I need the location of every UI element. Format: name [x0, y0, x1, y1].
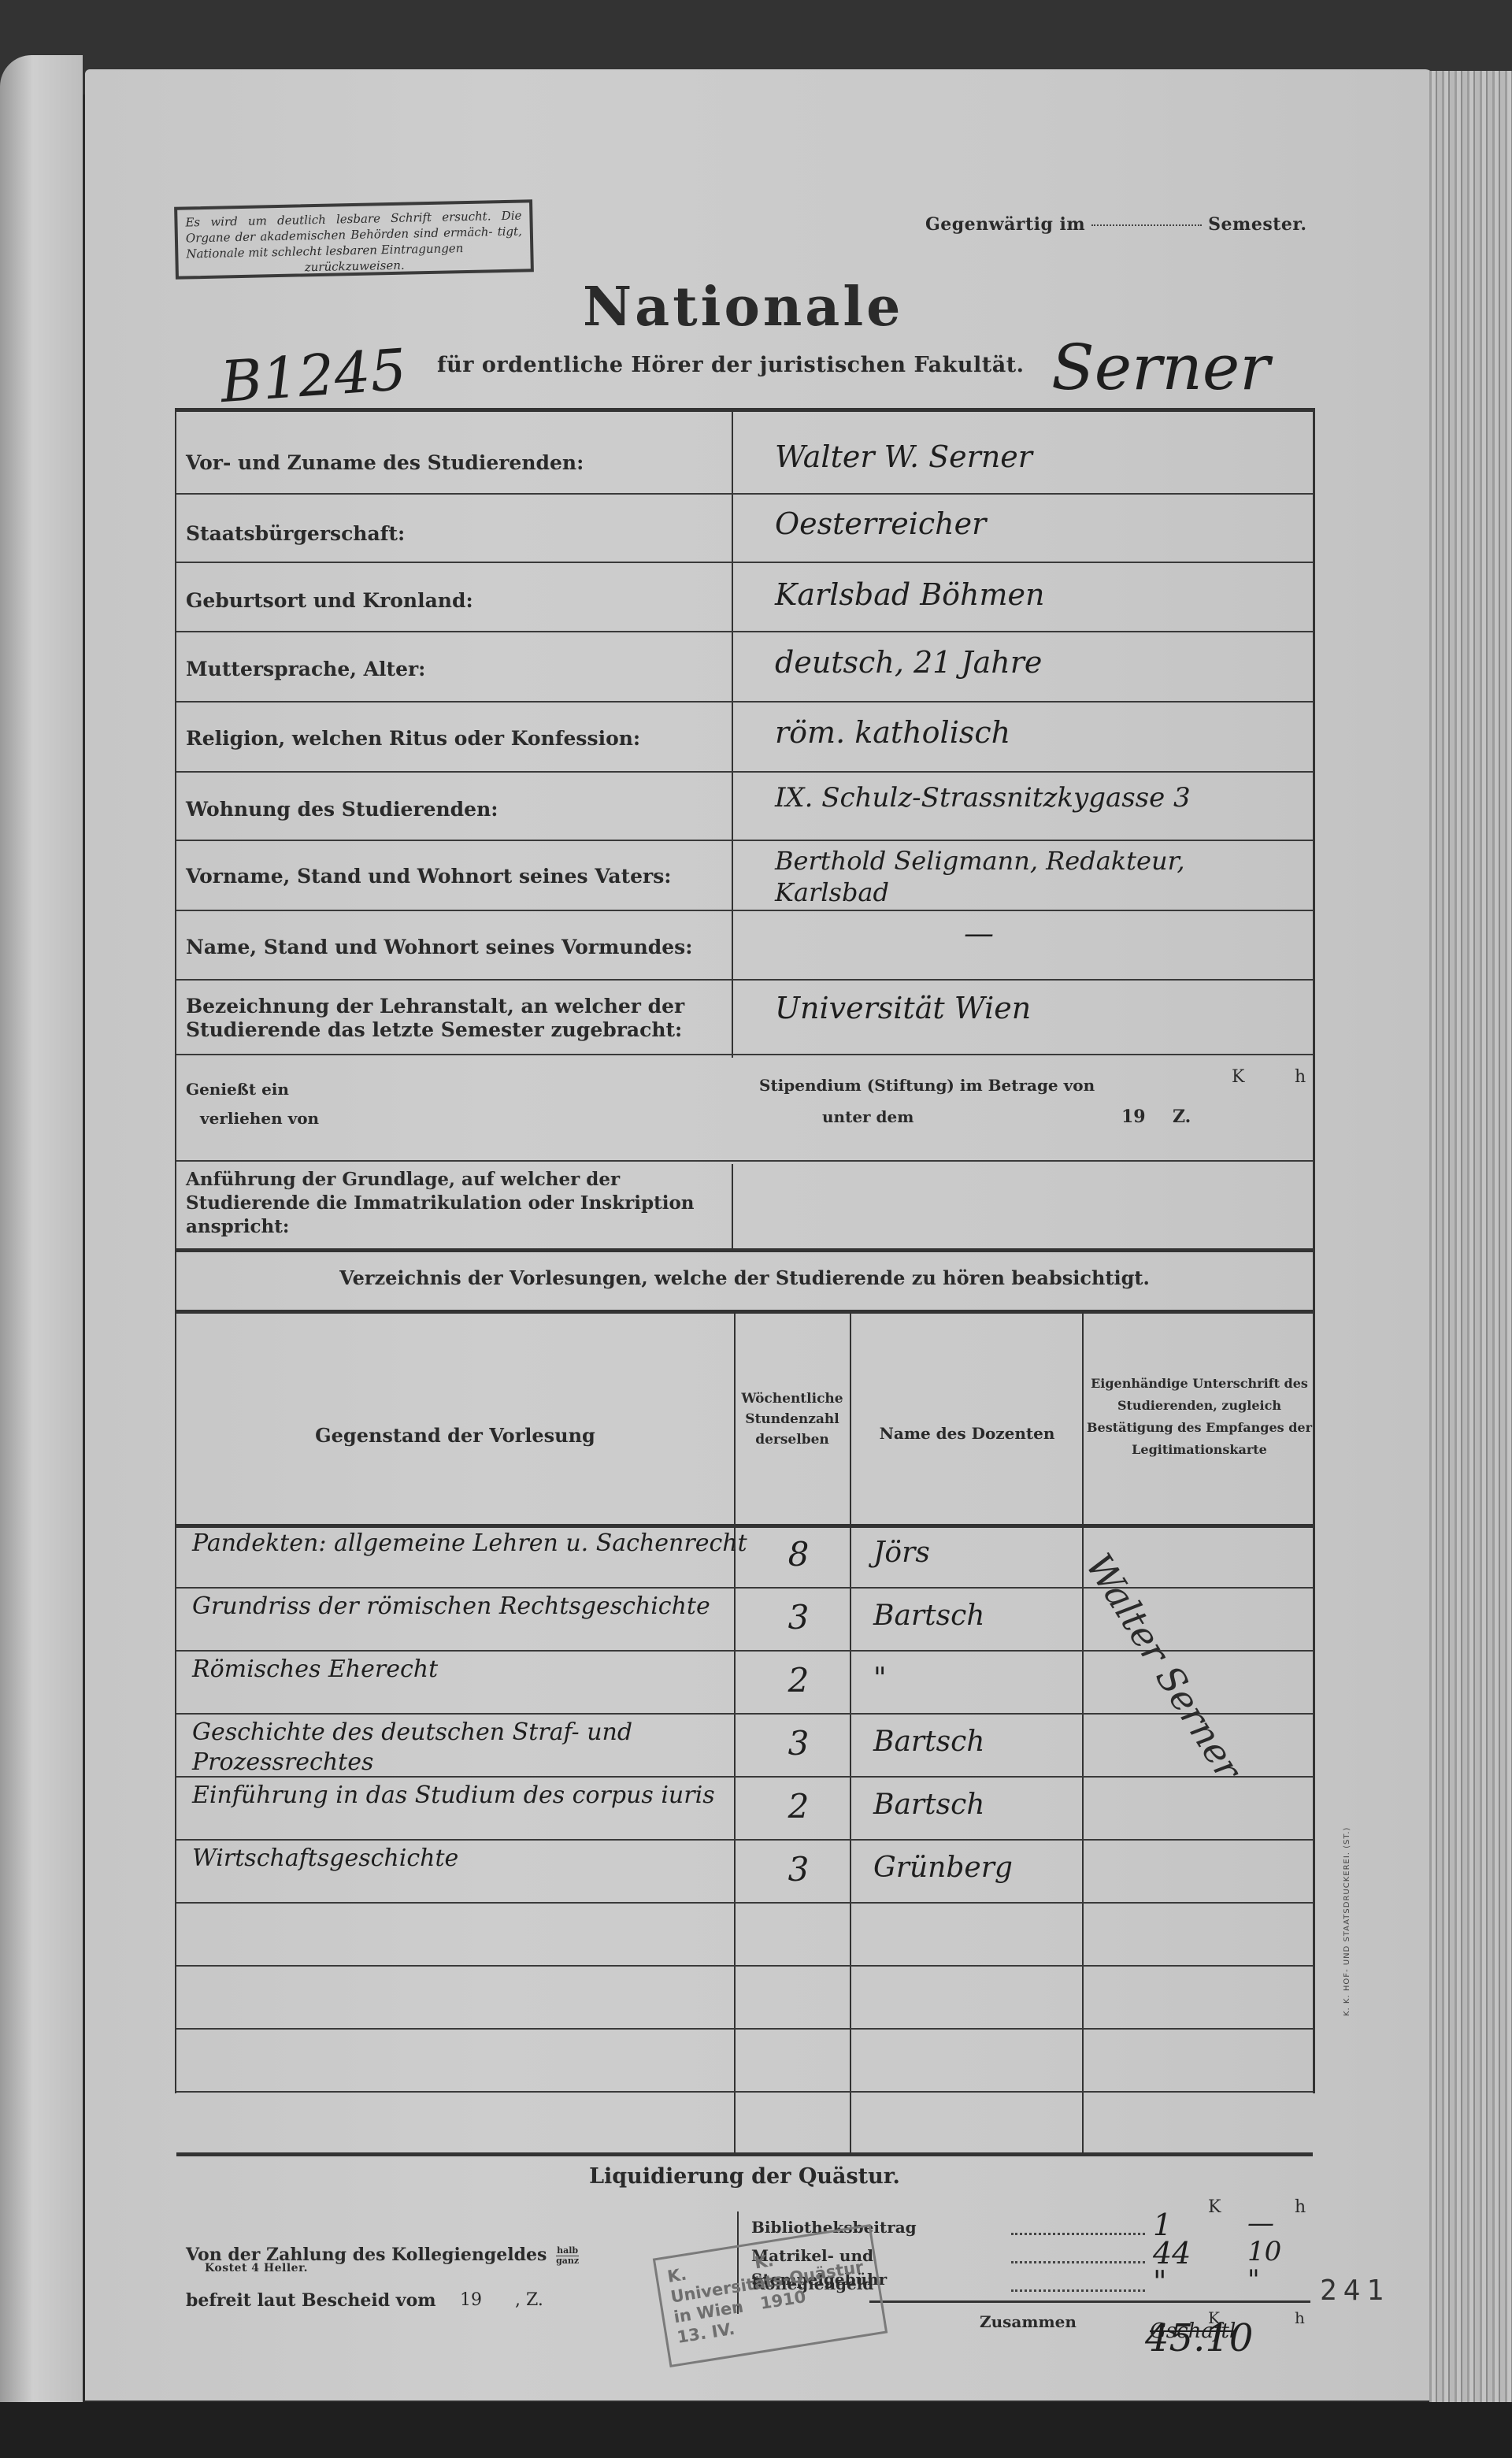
legibility-notice: Es wird um deutlich lesbare Schrift ersu… — [174, 199, 534, 280]
label-religion: Religion, welchen Ritus oder Konfession: — [186, 727, 640, 751]
total-currency-h: h — [1295, 2306, 1305, 2330]
field-religion[interactable]: röm. katholisch — [775, 715, 1010, 750]
fee-currency-h: h — [1295, 2196, 1306, 2219]
clerk-mark: Gschaftl — [1150, 2319, 1236, 2343]
sum-line — [869, 2300, 1310, 2303]
printer-note: K. K. HOF- UND STAATSDRUCKEREI. (ST.) — [1343, 1827, 1351, 2016]
label-residence: Wohnung des Studierenden: — [186, 798, 498, 821]
background-bottom — [0, 2402, 1512, 2458]
lecture-docent[interactable]: " — [858, 1663, 1102, 1695]
row-divider — [176, 979, 1313, 981]
book-page-edges — [1429, 71, 1512, 2402]
field-father[interactable]: Berthold Seligmann, Redakteur, Karlsbad — [775, 845, 1263, 908]
row-divider — [176, 1054, 1313, 1055]
lecture-subject[interactable]: Geschichte des deutschen Straf- und Proz… — [192, 1718, 767, 1778]
lectures-section-title: Verzeichnis der Vorlesungen, welche der … — [176, 1266, 1313, 1289]
stipend-currency-k: K — [1232, 1066, 1244, 1089]
row-divider — [176, 493, 1313, 495]
fee-heller[interactable]: — — [1247, 2208, 1274, 2239]
lecture-subject[interactable]: Wirtschaftsgeschichte — [192, 1844, 767, 1874]
label-guardian: Name, Stand und Wohnort seines Vormundes… — [186, 936, 692, 959]
registration-form: Vor- und Zuname des Studierenden: Walter… — [175, 408, 1315, 2093]
exemption-fraction: halb ganz — [556, 2246, 579, 2266]
field-full-name[interactable]: Walter W. Serner — [775, 439, 1032, 474]
field-residence[interactable]: IX. Schulz-Strassnitzkygasse 3 — [775, 782, 1191, 814]
surname-handwritten: Serner — [1051, 331, 1270, 404]
semester-suffix: Semester. — [1208, 214, 1306, 235]
row-divider — [176, 1160, 1313, 1162]
stipend-z: Z. — [1173, 1105, 1191, 1129]
table-row-divider — [176, 1902, 1313, 1904]
header-divider — [176, 1524, 1313, 1528]
fraction-bottom: ganz — [556, 2256, 579, 2266]
table-row-divider — [176, 1965, 1313, 1967]
page-subtitle: für ordentliche Hörer der juristischen F… — [437, 353, 1025, 377]
current-semester: Gegenwärtig imSemester. — [925, 214, 1307, 235]
column-divider — [732, 1164, 733, 1252]
lecture-docent[interactable]: Bartsch — [858, 1726, 1102, 1758]
label-language-age: Muttersprache, Alter: — [186, 658, 425, 681]
label-father: Vorname, Stand und Wohnort seines Vaters… — [186, 865, 672, 888]
lecture-subject[interactable]: Pandekten: allgemeine Lehren u. Sachenre… — [192, 1529, 767, 1559]
label-full-name: Vor- und Zuname des Studierenden: — [186, 451, 584, 475]
lecture-subject[interactable]: Einführung in das Studium des corpus iur… — [192, 1781, 767, 1811]
reference-number: B1245 — [218, 336, 408, 415]
field-previous-institution[interactable]: Universität Wien — [775, 991, 1031, 1025]
column-header-docent: Name des Dozenten — [854, 1424, 1080, 1443]
left-page-edge — [0, 55, 83, 2418]
row-divider — [176, 631, 1313, 632]
label-stipend-granted-by: verliehen von — [200, 1107, 319, 1130]
section-divider — [176, 1310, 1313, 1314]
exemption-year: 19 — [460, 2289, 482, 2312]
lecture-docent[interactable]: Bartsch — [858, 1600, 1102, 1632]
lecture-hours[interactable]: 3 — [739, 1850, 858, 1889]
label-grounds: Anführung der Grundlage, auf welcher der… — [186, 1168, 729, 1239]
student-signature: Walter Serner — [1077, 1546, 1250, 1787]
page-number: 241 — [1320, 2274, 1390, 2307]
label-birthplace: Geburtsort und Kronland: — [186, 589, 473, 613]
label-stipend-enjoys: Genießt ein — [186, 1077, 289, 1101]
field-language-age[interactable]: deutsch, 21 Jahre — [775, 645, 1042, 680]
table-row-divider — [176, 2028, 1313, 2030]
field-citizenship[interactable]: Oesterreicher — [775, 506, 986, 541]
lecture-hours[interactable]: 3 — [739, 1598, 858, 1637]
fee-leader-dots — [1011, 2233, 1145, 2235]
lecture-docent[interactable]: Grünberg — [858, 1852, 1102, 1884]
lecture-hours[interactable]: 2 — [739, 1787, 858, 1826]
lecture-hours[interactable]: 2 — [739, 1661, 858, 1700]
fee-heller[interactable]: " — [1247, 2264, 1260, 2296]
field-guardian[interactable]: — — [964, 916, 994, 951]
lecture-subject[interactable]: Römisches Eherecht — [192, 1655, 767, 1685]
lecture-docent[interactable]: Jörs — [858, 1537, 1102, 1569]
semester-prefix: Gegenwärtig im — [925, 214, 1085, 235]
table-row-divider — [176, 1839, 1313, 1841]
fee-kronen[interactable]: " — [1153, 2264, 1166, 2299]
stipend-year: 19 — [1121, 1105, 1146, 1129]
exemption-z: , Z. — [515, 2289, 543, 2312]
cost-note: Kostet 4 Heller. — [205, 2262, 308, 2274]
section-divider — [176, 2152, 1313, 2156]
column-header-signature: Eigenhändige Unterschrift des Studierend… — [1085, 1373, 1314, 1461]
total-label: Zusammen — [980, 2310, 1077, 2334]
section-divider — [176, 1248, 1313, 1252]
table-row-divider — [176, 1713, 1313, 1715]
table-row-divider — [176, 1776, 1313, 1778]
row-divider — [176, 771, 1313, 773]
fraction-top: halb — [556, 2246, 579, 2256]
fee-leader-dots — [1011, 2261, 1145, 2263]
row-divider — [176, 910, 1313, 911]
column-header-subject: Gegenstand der Vorlesung — [176, 1424, 734, 1447]
column-divider — [732, 412, 733, 1058]
lecture-docent[interactable]: Bartsch — [858, 1789, 1102, 1821]
label-stipend-date: unter dem — [822, 1105, 913, 1129]
table-row-divider — [176, 1587, 1313, 1589]
label-citizenship: Staatsbürgerschaft: — [186, 522, 405, 546]
lecture-hours[interactable]: 3 — [739, 1724, 858, 1763]
semester-field[interactable] — [1091, 224, 1202, 226]
field-birthplace[interactable]: Karlsbad Böhmen — [775, 577, 1045, 612]
column-header-hours: Wöchentliche Stundenzahl derselben — [737, 1388, 847, 1450]
fee-heller[interactable]: 10 — [1247, 2236, 1281, 2267]
row-divider — [176, 562, 1313, 563]
row-divider — [176, 701, 1313, 703]
lecture-subject[interactable]: Grundriss der römischen Rechtsgeschichte — [192, 1592, 767, 1622]
table-row-divider — [176, 2091, 1313, 2093]
quaestur-title: Liquidierung der Quästur. — [176, 2164, 1313, 2189]
fee-currency-k: K — [1208, 2196, 1221, 2219]
row-divider — [176, 840, 1313, 841]
stipend-currency-h: h — [1295, 1066, 1306, 1089]
label-stipend-amount: Stipendium (Stiftung) im Betrage von — [759, 1073, 1095, 1097]
fee-leader-dots — [1011, 2289, 1145, 2292]
lecture-hours[interactable]: 8 — [739, 1535, 858, 1574]
page-title: Nationale — [583, 276, 903, 339]
exemption-line-2: befreit laut Bescheid vom — [186, 2289, 436, 2312]
label-previous-institution: Bezeichnung der Lehranstalt, an welcher … — [186, 995, 721, 1042]
